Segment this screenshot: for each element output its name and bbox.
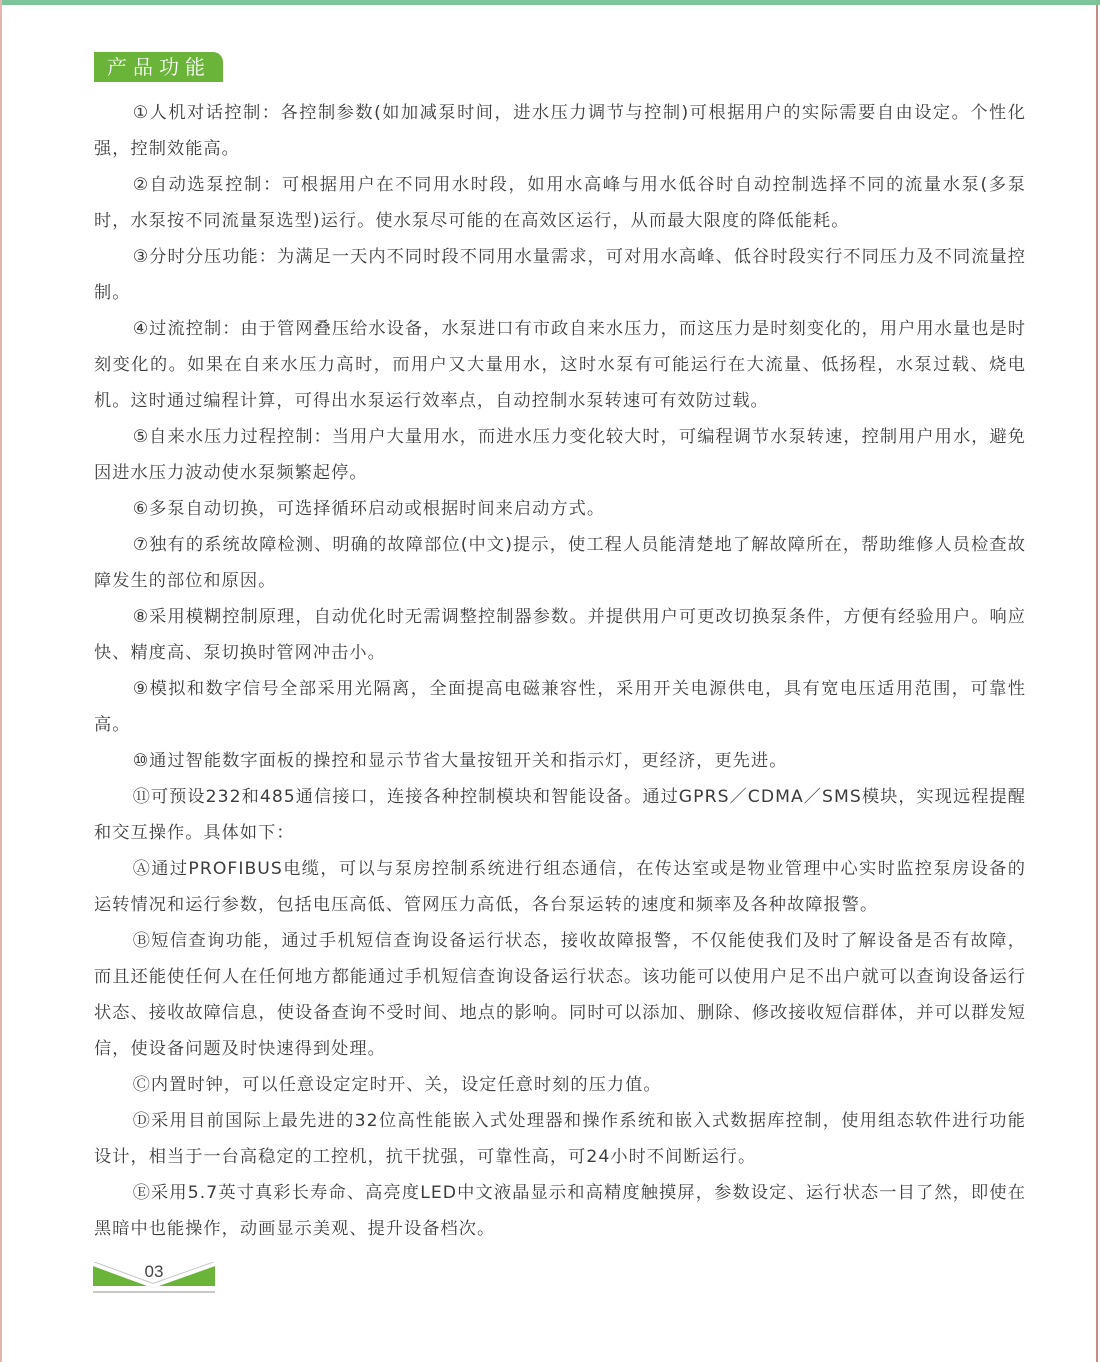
sub-feature-paragraph: Ⓔ采用5.7英寸真彩长寿命、高亮度LED中文液晶显示和高精度触摸屏，参数设定、运… bbox=[94, 1175, 1026, 1247]
feature-paragraph: ⑪可预设232和485通信接口，连接各种控制模块和智能设备。通过GPRS／CDM… bbox=[94, 779, 1026, 851]
feature-paragraph: ⑥多泵自动切换，可选择循环启动或根据时间来启动方式。 bbox=[94, 491, 1026, 527]
feature-paragraph: ①人机对话控制：各控制参数(如加减泵时间，进水压力调节与控制)可根据用户的实际需… bbox=[94, 95, 1026, 167]
sub-feature-paragraph: Ⓐ通过PROFIBUS电缆，可以与泵房控制系统进行组态通信，在传达室或是物业管理… bbox=[94, 851, 1026, 923]
section-title: 产品功能 bbox=[94, 52, 223, 82]
sub-feature-paragraph: Ⓑ短信查询功能，通过手机短信查询设备运行状态，接收故障报警，不仅能使我们及时了解… bbox=[94, 923, 1026, 1067]
feature-paragraph: ⑧采用模糊控制原理，自动优化时无需调整控制器参数。并提供用户可更改切换泵条件，方… bbox=[94, 599, 1026, 671]
page-footer: 03 bbox=[93, 1262, 215, 1298]
feature-paragraph: ⑨模拟和数字信号全部采用光隔离，全面提高电磁兼容性，采用开关电源供电，具有宽电压… bbox=[94, 671, 1026, 743]
sub-feature-paragraph: Ⓒ内置时钟，可以任意设定定时开、关，设定任意时刻的压力值。 bbox=[94, 1067, 1026, 1103]
page-number: 03 bbox=[93, 1262, 215, 1282]
feature-paragraph: ③分时分压功能：为满足一天内不同时段不同用水量需求，可对用水高峰、低谷时段实行不… bbox=[94, 239, 1026, 311]
left-page-border bbox=[0, 0, 2, 1362]
feature-paragraph: ④过流控制：由于管网叠压给水设备，水泵进口有市政自来水压力，而这压力是时刻变化的… bbox=[94, 311, 1026, 419]
top-accent-bar bbox=[0, 0, 1100, 5]
product-features-body: ①人机对话控制：各控制参数(如加减泵时间，进水压力调节与控制)可根据用户的实际需… bbox=[94, 95, 1026, 1247]
feature-paragraph: ⑤自来水压力过程控制：当用户大量用水，而进水压力变化较大时，可编程调节水泵转速，… bbox=[94, 419, 1026, 491]
right-page-border bbox=[1096, 5, 1098, 1362]
feature-paragraph: ⑩通过智能数字面板的操控和显示节省大量按钮开关和指示灯，更经济，更先进。 bbox=[94, 743, 1026, 779]
sub-feature-paragraph: Ⓓ采用目前国际上最先进的32位高性能嵌入式处理器和操作系统和嵌入式数据库控制，使… bbox=[94, 1103, 1026, 1175]
feature-paragraph: ⑦独有的系统故障检测、明确的故障部位(中文)提示，使工程人员能清楚地了解故障所在… bbox=[94, 527, 1026, 599]
feature-paragraph: ②自动选泵控制：可根据用户在不同用水时段，如用水高峰与用水低谷时自动控制选择不同… bbox=[94, 167, 1026, 239]
